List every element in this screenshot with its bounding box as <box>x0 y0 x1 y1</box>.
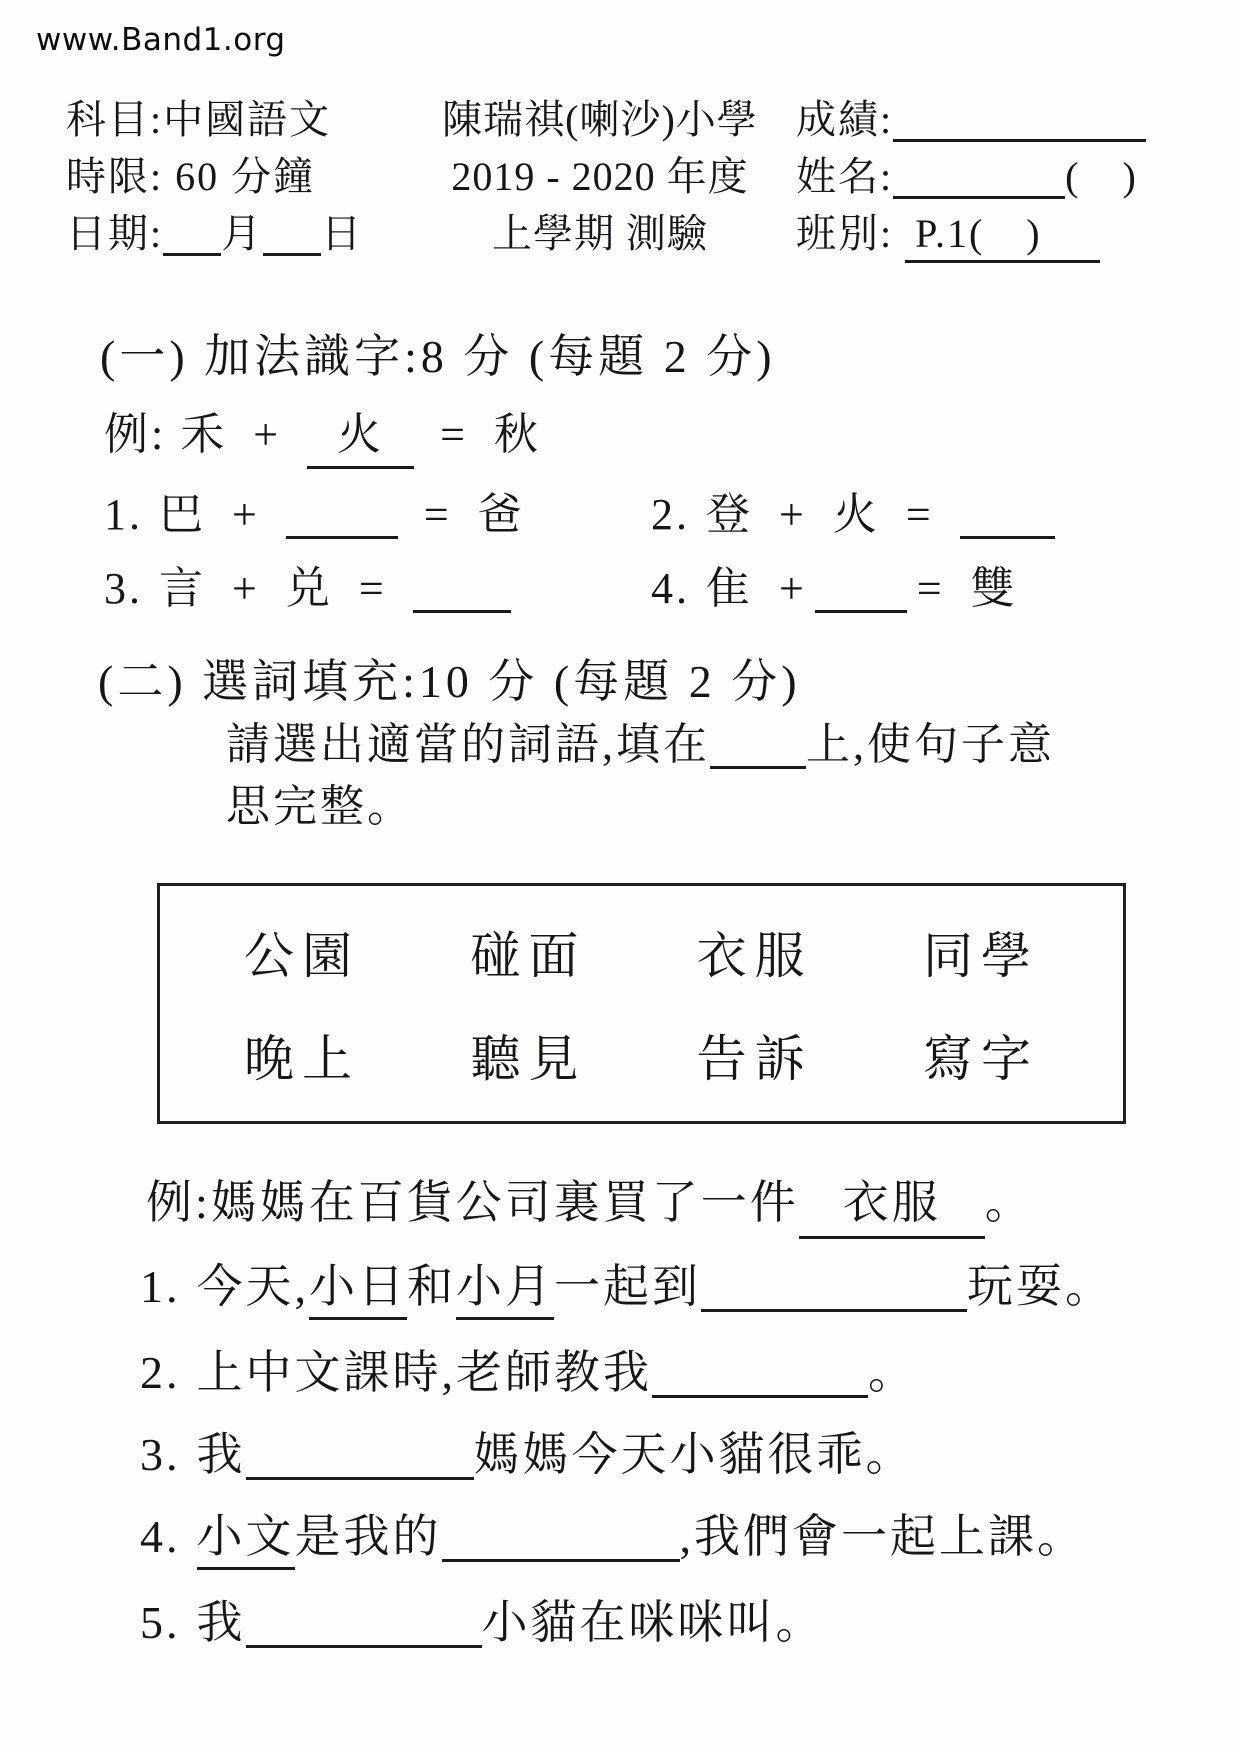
score-row: 成績: <box>796 96 1180 144</box>
word-bank-box: 公園 碰面 衣服 同學 晚上 聽見 告訴 寫字 <box>157 883 1126 1124</box>
exam-header: 科目:中國語文 陳瑞祺(喇沙)小學 成績: 時限: 60 分鐘 2019 - 2… <box>66 96 1180 263</box>
word-bank-row-1: 公園 碰面 衣服 同學 <box>244 916 1039 988</box>
question-number: 4. <box>651 564 690 613</box>
word-bank-item: 衣服 <box>697 916 813 988</box>
site-watermark: www.Band1.org <box>36 22 286 58</box>
text: 。 <box>868 1347 917 1398</box>
time-limit-row: 時限: 60 分鐘 <box>66 153 404 201</box>
equals-sign: = <box>424 490 452 539</box>
question-number: 2. <box>651 490 690 539</box>
school-year: 2019 - 2020 年度 <box>404 153 796 201</box>
word-bank-item: 同學 <box>923 916 1039 988</box>
word-bank-row-2: 晚上 聽見 告訴 寫字 <box>244 1019 1039 1091</box>
plus-sign: + <box>253 410 281 459</box>
day-label: 日 <box>321 211 363 256</box>
question-number: 1. <box>140 1261 181 1312</box>
instruction-blank <box>710 721 806 769</box>
equals-sign: = <box>359 564 387 613</box>
class-row: 班別: P.1( ) <box>796 210 1180 263</box>
class-label: 班別: <box>796 211 893 256</box>
word-bank-item: 晚上 <box>244 1019 360 1091</box>
date-row: 日期:月日 <box>66 210 404 263</box>
word-bank-item: 告訴 <box>697 1019 813 1091</box>
answer-blank <box>246 1598 482 1648</box>
text: 和 <box>407 1261 456 1312</box>
question-number: 2. <box>140 1347 181 1398</box>
text: 玩耍。 <box>967 1261 1114 1312</box>
section2-instruction-line1: 請選出適當的詞語,填在上,使句子意 <box>226 708 1055 772</box>
subject-row: 科目:中國語文 <box>66 96 404 144</box>
score-blank <box>893 98 1146 142</box>
char-a: 隹 <box>706 564 753 613</box>
equals-sign: = <box>906 490 934 539</box>
section2-example: 例:媽媽在百貨公司裏買了一件衣服。 <box>146 1166 1034 1239</box>
underlined-name: 小日 <box>309 1250 407 1320</box>
plus-sign: + <box>779 490 807 539</box>
text: 我 <box>197 1429 246 1480</box>
school-name: 陳瑞祺(喇沙)小學 <box>404 96 796 144</box>
char-result: 雙 <box>971 564 1018 613</box>
text: 媽媽今天小貓很乖。 <box>474 1429 915 1480</box>
word-bank-item: 公園 <box>244 916 360 988</box>
char-a: 言 <box>159 564 206 613</box>
subject-value: 中國語文 <box>163 97 331 142</box>
name-label: 姓名: <box>796 154 893 199</box>
time-limit-value: 60 分鐘 <box>175 154 315 199</box>
plus-sign: + <box>779 564 807 613</box>
period: 。 <box>985 1177 1034 1228</box>
s2-question-2: 2.上中文課時,老師教我。 <box>140 1336 917 1402</box>
section2-title: (二) 選詞填充:10 分 (每題 2 分) <box>98 645 801 711</box>
instruction-pre: 請選出適當的詞語,填在 <box>226 720 710 769</box>
class-value: P.1( ) <box>905 210 1099 263</box>
answer-blank <box>413 565 511 613</box>
name-paren: ( ) <box>1065 154 1138 199</box>
s2-question-1: 1.今天,小日和小月一起到玩耍。 <box>140 1250 1114 1320</box>
answer-blank <box>652 1348 868 1398</box>
section1-title: (一) 加法識字:8 分 (每題 2 分) <box>100 320 776 386</box>
s2-question-3: 3.我媽媽今天小貓很乖。 <box>140 1418 915 1484</box>
question-number: 3. <box>140 1429 181 1480</box>
name-blank <box>893 155 1065 199</box>
exam-paper-page: www.Band1.org 科目:中國語文 陳瑞祺(喇沙)小學 成績: 時限: … <box>0 0 1240 1754</box>
answer-blank <box>701 1262 967 1312</box>
text: 一起到 <box>554 1261 701 1312</box>
example-answer: 衣服 <box>799 1166 985 1239</box>
section1-row-2: 3.言+兑= 4.隹+=雙 <box>104 552 1018 616</box>
month-label: 月 <box>221 211 263 256</box>
answer-blank <box>442 1512 680 1562</box>
question-number: 4. <box>140 1511 181 1562</box>
word-bank-item: 碰面 <box>470 916 586 988</box>
text: 是我的 <box>295 1511 442 1562</box>
word-bank-item: 聽見 <box>470 1019 586 1091</box>
plus-sign: + <box>232 490 260 539</box>
example-pre: 媽媽在百貨公司裏買了一件 <box>211 1177 799 1228</box>
char-a: 禾 <box>180 410 227 459</box>
answer-blank <box>960 491 1055 539</box>
s1-question-1: 1.巴+=爸 <box>104 478 637 542</box>
s1-question-3: 3.言+兑= <box>104 552 637 616</box>
date-month-blank <box>163 212 221 256</box>
time-limit-label: 時限: <box>66 154 163 199</box>
equals-sign: = <box>917 564 945 613</box>
text: 上中文課時,老師教我 <box>197 1347 653 1398</box>
answer-blank <box>246 1430 474 1480</box>
example-answer: 火 <box>307 398 414 469</box>
section1-row-1: 1.巴+=爸 2.登+火= <box>104 478 1055 542</box>
section1-example: 例:禾+火=秋 <box>104 398 541 469</box>
text: 小貓在咪咪叫。 <box>482 1597 825 1648</box>
equals-sign: = <box>440 410 468 459</box>
term-label: 上學期 測驗 <box>404 210 796 263</box>
question-number: 1. <box>104 490 143 539</box>
subject-label: 科目: <box>66 97 163 142</box>
s1-question-2: 2.登+火= <box>637 490 1055 539</box>
underlined-name: 小月 <box>456 1250 554 1320</box>
example-label: 例: <box>104 410 166 459</box>
char-result: 秋 <box>494 410 541 459</box>
char-b: 兑 <box>286 564 333 613</box>
text: 今天, <box>197 1261 310 1312</box>
score-label: 成績: <box>796 97 893 142</box>
name-row: 姓名:( ) <box>796 153 1180 201</box>
text: 我 <box>197 1597 246 1648</box>
char-a: 巴 <box>159 490 206 539</box>
char-b: 火 <box>833 490 880 539</box>
char-result: 爸 <box>478 490 525 539</box>
question-number: 5. <box>140 1597 181 1648</box>
date-day-blank <box>263 212 321 256</box>
answer-blank <box>815 565 907 613</box>
instruction-post: 上,使句子意 <box>806 720 1055 769</box>
example-label: 例: <box>146 1177 211 1228</box>
date-label: 日期: <box>66 211 163 256</box>
answer-blank <box>286 491 398 539</box>
word-bank-item: 寫字 <box>923 1019 1039 1091</box>
underlined-name: 小文 <box>197 1500 295 1570</box>
s2-question-5: 5.我小貓在咪咪叫。 <box>140 1586 825 1652</box>
s2-question-4: 4.小文是我的,我們會一起上課。 <box>140 1500 1086 1570</box>
char-a: 登 <box>706 490 753 539</box>
text: ,我們會一起上課。 <box>680 1511 1087 1562</box>
s1-question-4: 4.隹+=雙 <box>637 564 1018 613</box>
question-number: 3. <box>104 564 143 613</box>
plus-sign: + <box>232 564 260 613</box>
section2-instruction-line2: 思完整。 <box>226 770 414 834</box>
